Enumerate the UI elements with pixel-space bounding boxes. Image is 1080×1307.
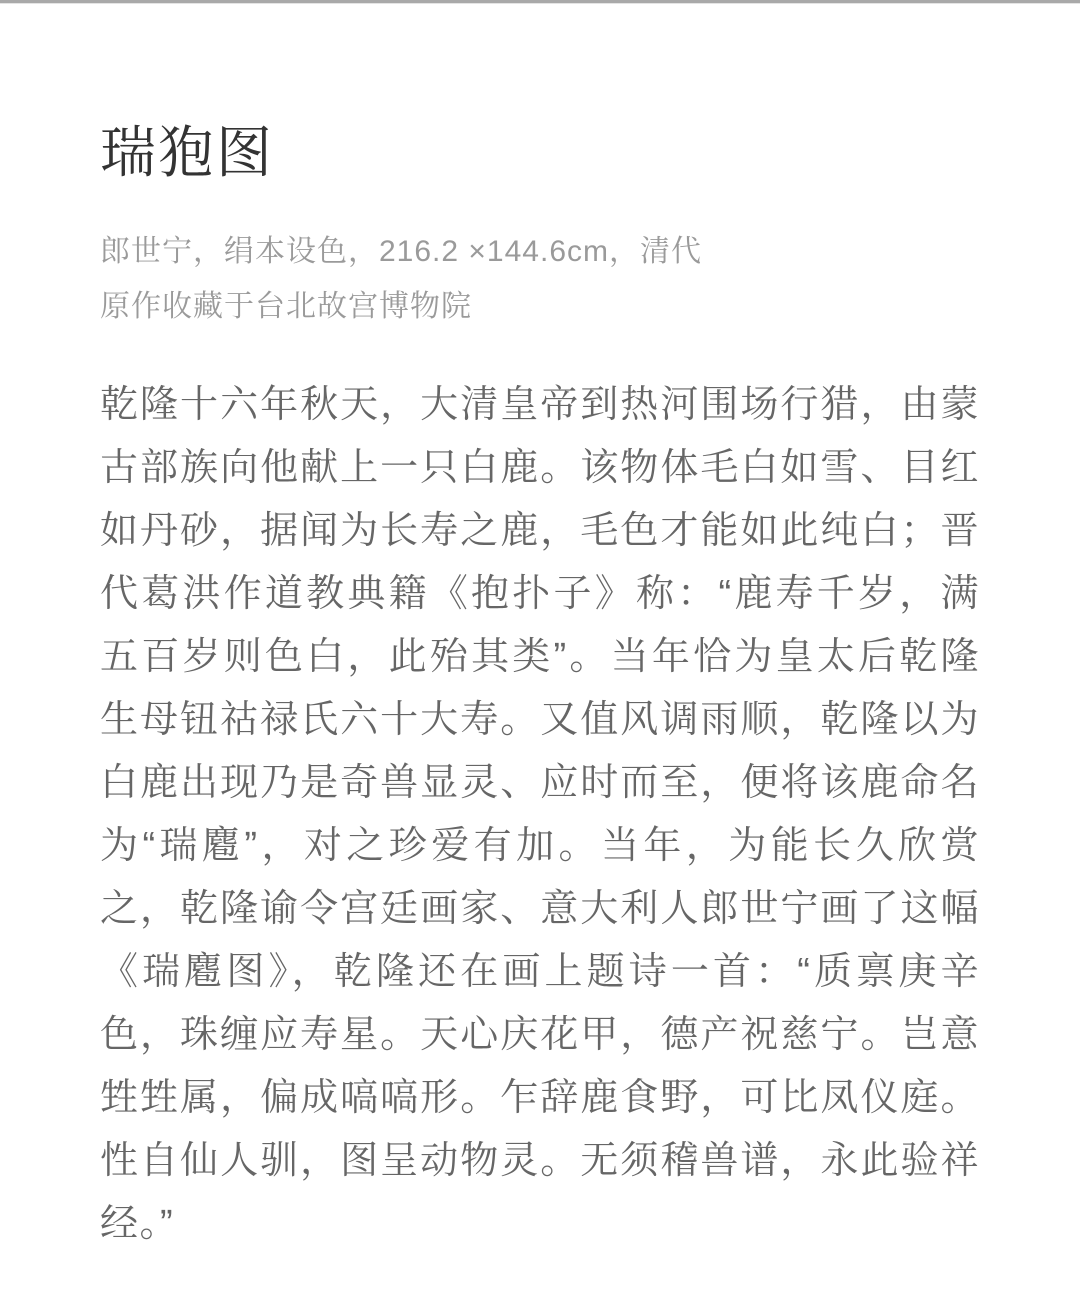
artwork-meta-line-2: 原作收藏于台北故宫博物院: [100, 279, 980, 334]
article-title: 瑞狍图: [100, 122, 980, 184]
artwork-meta-line-1: 郎世宁，绢本设色，216.2 ×144.6cm，清代: [100, 224, 980, 279]
article-body-text: 乾隆十六年秋天，大清皇帝到热河围场行猎，由蒙古部族向他献上一只白鹿。该物体毛白如…: [100, 374, 980, 1256]
top-bar-edge: [0, 0, 1080, 4]
article-content: 瑞狍图 郎世宁，绢本设色，216.2 ×144.6cm，清代 原作收藏于台北故宫…: [0, 122, 1080, 1256]
article-page: 瑞狍图 郎世宁，绢本设色，216.2 ×144.6cm，清代 原作收藏于台北故宫…: [0, 0, 1080, 1256]
